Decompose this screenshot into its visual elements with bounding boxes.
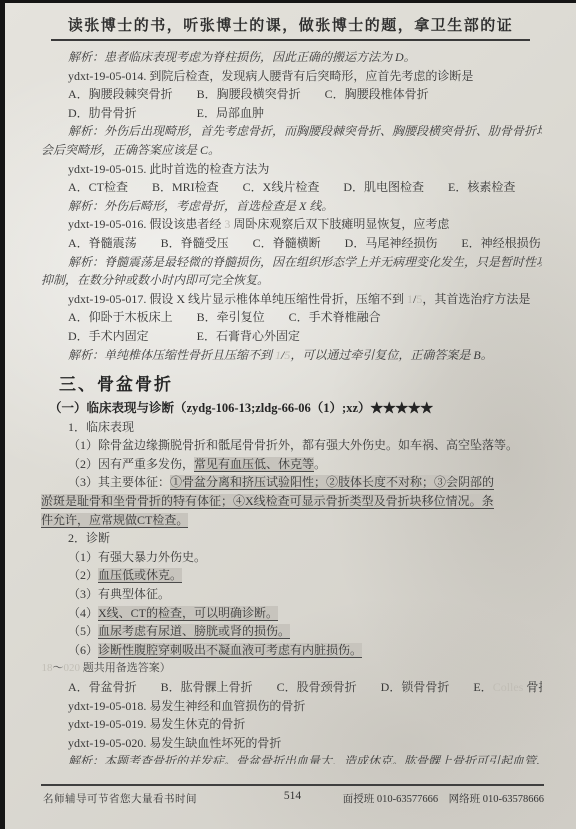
text-segment: 020 — [64, 662, 81, 674]
doc-line: 解析：本题考查骨折的并发症。骨盆骨折出血量大，造成休克。肱骨髁上骨折可引起血管、… — [41, 752, 542, 764]
text-segment: A．CT检查 B．MRI检查 C．X线片检查 D．肌电图检查 E．核素检查 — [68, 180, 515, 194]
text-segment: 1．临床表现 — [68, 420, 134, 434]
text-segment: A．脊髓震荡 B．脊髓受压 C．脊髓横断 D．马尾神经损伤 E．神经根损伤 — [68, 236, 541, 250]
text-segment: 解析：本题考查骨折的并发症。骨盆骨折出血量大，造成休克。肱骨髁上骨折可引起血管、… — [68, 754, 542, 764]
text-segment: D．肋骨骨折 E．局部血肿 — [68, 106, 264, 120]
text-segment: （2）因有严重多发伤， — [68, 457, 194, 471]
doc-line: 1．临床表现 — [41, 418, 542, 437]
scanned-page: 读张博士的书，听张博士的课，做张博士的题，拿卫生部的证 解析：患者临床表现考虑为… — [0, 0, 576, 829]
text-segment: A．胸腰段棘突骨折 B．胸腰段横突骨折 C．胸腰段椎体骨折 — [68, 87, 429, 101]
page-number: 514 — [284, 790, 301, 802]
doc-line: A．仰卧于木板床上 B．牵引复位 C．手术脊椎融合 — [41, 308, 542, 327]
highlighted-text: ①骨盆分离和挤压试验阳性；②肢体长度不对称；③会阴部的 — [170, 475, 494, 490]
text-segment: （1）有强大暴力外伤史。 — [68, 550, 206, 564]
doc-line: 解析：患者临床表现考虑为脊柱损伤，因此正确的搬运方法为 D。 — [41, 48, 542, 67]
doc-line: D．肋骨骨折 E．局部血肿 — [41, 104, 542, 123]
text-segment: 骨折 — [523, 680, 542, 694]
doc-line: （1）有强大暴力外伤史。 — [41, 548, 542, 567]
doc-line: ydxt-19-05-014. 到院后检查，发现病人腰背有后突畸形，应首先考虑的… — [41, 67, 542, 86]
doc-line: （6）诊断性腹腔穿刺吸出不凝血液可考虑有内脏损伤。 — [41, 641, 542, 660]
header-rule — [51, 39, 530, 41]
doc-line: A．骨盆骨折 B．肱骨髁上骨折 C．股骨颈骨折 D．锁骨骨折 E．Colles … — [41, 678, 542, 697]
text-segment: （4） — [68, 606, 98, 620]
doc-line: ydxt-19-05-019. 易发生休克的骨折 — [41, 715, 542, 734]
text-segment: ～ — [53, 662, 64, 674]
doc-line: （2）血压低或休克。 — [41, 566, 542, 585]
doc-line: 解析：脊髓震荡是最轻微的脊髓损伤，因在组织形态学上并无病理变化发生，只是暂时性功… — [41, 253, 542, 272]
doc-line: 解析：单纯椎体压缩性骨折且压缩不到 1/5，可以通过牵引复位，正确答案是 B。 — [41, 346, 542, 365]
highlighted-text: X线、CT的检查，可以明确诊断。 — [98, 606, 278, 621]
text-segment: 抑制，在数分钟或数小时内即可完全恢复。 — [41, 273, 269, 287]
highlighted-text: 血压低或休克。 — [98, 568, 182, 583]
text-segment: （3）其主要体征： — [68, 475, 170, 489]
text-segment: A．骨盆骨折 B．肱骨髁上骨折 C．股骨颈骨折 D．锁骨骨折 E． — [68, 680, 493, 694]
text-segment: 周卧床观察后双下肢瘫明显恢复，应考虑 — [230, 217, 449, 231]
doc-line: ydxt-19-05-017. 假设 X 线片显示椎体单纯压缩性骨折，压缩不到 … — [41, 290, 542, 309]
doc-line: 淤斑是耻骨和坐骨骨折的特有体征；④X线检查可显示骨折类型及骨折块移位情况。条 — [41, 492, 542, 511]
text-segment: ydxt-19-05-019. 易发生休克的骨折 — [68, 717, 245, 731]
highlighted-text: 件允许，应常规做CT检查。 — [41, 513, 188, 528]
doc-line: ydxt-19-05-016. 假设该患者经 3 周卧床观察后双下肢瘫明显恢复，… — [41, 215, 542, 234]
text-segment: （2） — [68, 568, 98, 582]
text-segment: ydxt-19-05-018. 易发生神经和血管损伤的骨折 — [68, 699, 305, 713]
doc-line: （一）临床表现与诊断（zydg-106-13;zldg-66-06（1）;xz）… — [41, 399, 542, 418]
text-segment: （3）有典型体征。 — [68, 587, 170, 601]
doc-line: ydxt-19-05-018. 易发生神经和血管损伤的骨折 — [41, 697, 542, 716]
footer-note: 名师辅导可节省您大量看书时间 — [43, 791, 197, 806]
text-segment: ydxt-19-05-015. 此时首选的检查方法为 — [68, 162, 269, 176]
doc-line: ydxt-19-05-015. 此时首选的检查方法为 — [41, 160, 542, 179]
doc-line: ydxt-19-05-020. 易发生缺血性坏死的骨折 — [41, 734, 542, 753]
text-segment: 题共用备选答案） — [80, 662, 171, 674]
footer-contact: 面授班 010-63577666 网络班 010-63578666 — [343, 791, 544, 806]
doc-line: 三、骨盆骨折 — [41, 373, 542, 397]
highlighted-text: 诊断性腹腔穿刺吸出不凝血液可考虑有内脏损伤。 — [98, 643, 362, 658]
text-segment: （6） — [68, 643, 98, 657]
doc-line: A．脊髓震荡 B．脊髓受压 C．脊髓横断 D．马尾神经损伤 E．神经根损伤 — [41, 234, 542, 253]
text-segment: ydxt-19-05-014. 到院后检查，发现病人腰背有后突畸形，应首先考虑的… — [68, 69, 473, 83]
text-segment: （5） — [68, 624, 98, 638]
text-segment: ydxt-19-05-020. 易发生缺血性坏死的骨折 — [68, 736, 281, 750]
highlighted-text: 淤斑是耻骨和坐骨骨折的特有体征；④X线检查可显示骨折类型及骨折块移位情况。条 — [41, 494, 494, 509]
doc-line: 件允许，应常规做CT检查。 — [41, 511, 542, 530]
text-segment: 解析：外伤后畸形，考虑骨折，首选检查是 X 线。 — [68, 199, 333, 213]
page-footer: 名师辅导可节省您大量看书时间 514 面授班 010-63577666 网络班 … — [41, 784, 544, 791]
doc-line: （018～020 题共用备选答案） — [41, 659, 542, 678]
document-body: 解析：患者临床表现考虑为脊柱损伤，因此正确的搬运方法为 D。ydxt-19-05… — [41, 48, 542, 764]
highlighted-text: 常见有血压低、休克等 — [194, 457, 314, 472]
doc-line: （1）除骨盆边缘撕脱骨折和骶尾骨骨折外，都有强大外伤史。如车祸、高空坠落等。 — [41, 436, 542, 455]
doc-line: （2）因有严重多发伤，常见有血压低、休克等。 — [41, 455, 542, 474]
text-segment: 解析：患者临床表现考虑为脊柱损伤，因此正确的搬运方法为 D。 — [68, 50, 416, 64]
text-segment: ydxt-19-05-017. 假设 X 线片显示椎体单纯压缩性骨折，压缩不到 — [68, 292, 407, 306]
text-segment: 三、骨盆骨折 — [59, 375, 173, 394]
text-segment: 解析：单纯椎体压缩性骨折且压缩不到 — [68, 348, 275, 362]
doc-line: D．手术内固定 E．石膏背心外固定 — [41, 327, 542, 346]
text-segment: 018 — [41, 662, 53, 674]
text-segment: ，其首选治疗方法是 — [422, 292, 530, 306]
highlighted-text: 血尿考虑有尿道、膀胱或肾的损伤。 — [98, 624, 290, 639]
text-segment: 2．诊断 — [68, 531, 110, 545]
doc-line: A．CT检查 B．MRI检查 C．X线片检查 D．肌电图检查 E．核素检查 — [41, 178, 542, 197]
page-header: 读张博士的书，听张博士的课，做张博士的题，拿卫生部的证 — [5, 3, 576, 41]
text-segment: （一）临床表现与诊断（zydg-106-13;zldg-66-06（1）;xz）… — [49, 401, 433, 415]
doc-line: 抑制，在数分钟或数小时内即可完全恢复。 — [41, 271, 542, 290]
text-segment: 会后突畸形，正确答案应该是 C。 — [41, 143, 220, 157]
text-segment: 解析：外伤后出现畸形，首先考虑骨折，而胸腰段棘突骨折、胸腰段横突骨折、肋骨骨折均… — [68, 124, 542, 138]
text-segment: ydxt-19-05-016. 假设该患者经 — [68, 217, 224, 231]
doc-line: 2．诊断 — [41, 529, 542, 548]
text-segment: （1）除骨盆边缘撕脱骨折和骶尾骨骨折外，都有强大外伤史。如车祸、高空坠落等。 — [68, 438, 518, 452]
text-segment: A．仰卧于木板床上 B．牵引复位 C．手术脊椎融合 — [68, 310, 381, 324]
text-segment: D．手术内固定 E．石膏背心外固定 — [68, 329, 300, 343]
text-segment: ，可以通过牵引复位，正确答案是 B。 — [290, 348, 492, 362]
doc-line: 解析：外伤后出现畸形，首先考虑骨折，而胸腰段棘突骨折、胸腰段横突骨折、肋骨骨折均… — [41, 122, 542, 141]
text-segment: 。 — [314, 457, 326, 471]
doc-line: （5）血尿考虑有尿道、膀胱或肾的损伤。 — [41, 622, 542, 641]
text-segment: 解析：脊髓震荡是最轻微的脊髓损伤，因在组织形态学上并无病理变化发生，只是暂时性功… — [68, 255, 542, 269]
doc-line: （3）有典型体征。 — [41, 585, 542, 604]
text-segment: Colles — [493, 680, 524, 694]
doc-line: （3）其主要体征：①骨盆分离和挤压试验阳性；②肢体长度不对称；③会阴部的 — [41, 473, 542, 492]
doc-line: 会后突畸形，正确答案应该是 C。 — [41, 141, 542, 160]
doc-line: A．胸腰段棘突骨折 B．胸腰段横突骨折 C．胸腰段椎体骨折 — [41, 85, 542, 104]
header-slogan: 读张博士的书，听张博士的课，做张博士的题，拿卫生部的证 — [5, 14, 576, 35]
doc-line: （4）X线、CT的检查，可以明确诊断。 — [41, 604, 542, 623]
doc-line: 解析：外伤后畸形，考虑骨折，首选检查是 X 线。 — [41, 197, 542, 216]
